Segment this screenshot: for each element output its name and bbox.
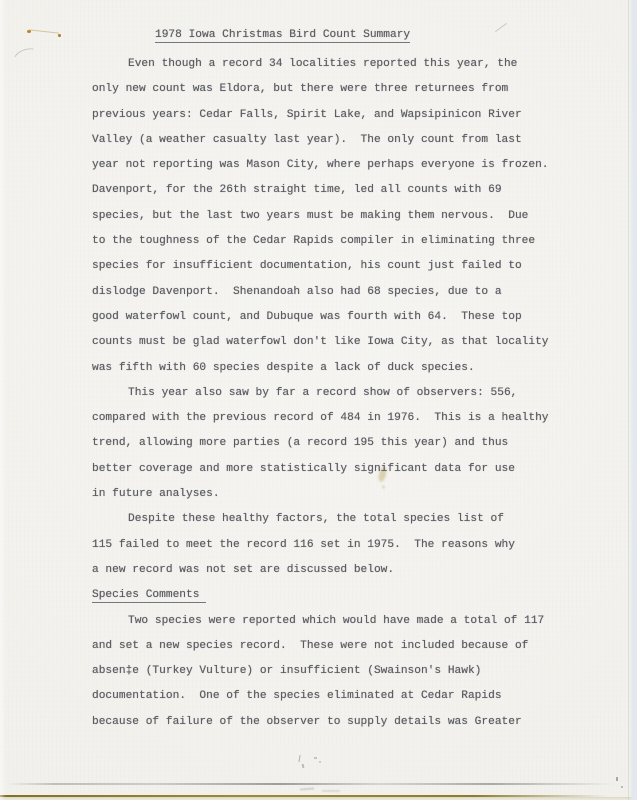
text-line: Despite these healthy factors, the total…	[92, 512, 572, 537]
text-line: trend, allowing more parties (a record 1…	[92, 436, 572, 461]
text-line: 115 failed to meet the record 116 set in…	[92, 538, 572, 563]
text-line: Valley (a weather casualty last year). T…	[92, 133, 572, 158]
text-line: Davenport, for the 26th straight time, l…	[92, 183, 572, 208]
text-line: to the toughness of the Cedar Rapids com…	[92, 234, 572, 259]
text-line: better coverage and more statistically s…	[92, 462, 572, 487]
text-line: good waterfowl count, and Dubuque was fo…	[92, 310, 572, 335]
rust-stain-dot	[27, 30, 31, 33]
left-scan-edge	[0, 0, 6, 800]
scanned-document-page: 1978 Iowa Christmas Bird Count Summary E…	[0, 0, 637, 800]
scan-crease-line	[6, 783, 628, 785]
text-line: Two species were reported which would ha…	[92, 614, 572, 639]
text-line: counts must be glad waterfowl don't like…	[92, 335, 572, 360]
document-title: 1978 Iowa Christmas Bird Count Summary	[155, 29, 410, 43]
rust-stain-line	[29, 29, 59, 33]
title-row: 1978 Iowa Christmas Bird Count Summary	[92, 28, 572, 57]
text-line: a new record was not set are discussed b…	[92, 563, 572, 588]
text-line: documentation. One of the species elimin…	[92, 689, 572, 714]
text-line: Even though a record 34 localities repor…	[92, 57, 572, 82]
pencil-mark	[11, 44, 43, 71]
right-scan-band	[629, 0, 637, 800]
pencil-mark	[300, 788, 314, 791]
text-line: was fifth with 60 species despite a lack…	[92, 361, 572, 386]
pencil-mark	[314, 757, 317, 759]
pencil-mark	[319, 761, 321, 763]
typewritten-text: 1978 Iowa Christmas Bird Count Summary E…	[92, 28, 572, 740]
rust-stain-dot	[58, 34, 61, 37]
text-line: This year also saw by far a record show …	[92, 386, 572, 411]
pencil-mark	[298, 755, 300, 762]
speck	[616, 777, 618, 781]
text-line: dislodge Davenport. Shenandoah also had …	[92, 285, 572, 310]
text-line: species, but the last two years must be …	[92, 209, 572, 234]
pencil-mark	[322, 790, 340, 792]
text-line: and set a new species record. These were…	[92, 639, 572, 664]
text-line: previous years: Cedar Falls, Spirit Lake…	[92, 108, 572, 133]
text-line: only new count was Eldora, but there wer…	[92, 82, 572, 107]
section-heading-species-comments: Species Comments	[92, 589, 206, 603]
text-line: because of failure of the observer to su…	[92, 715, 572, 740]
heading-row: Species Comments	[92, 588, 572, 613]
text-line: year not reporting was Mason City, where…	[92, 158, 572, 183]
text-line: species for insufficient documentation, …	[92, 259, 572, 284]
text-line: absen‡e (Turkey Vulture) or insufficient…	[92, 664, 572, 689]
pencil-mark	[302, 764, 305, 768]
text-line: in future analyses.	[92, 487, 572, 512]
speck	[621, 786, 623, 788]
text-line: compared with the previous record of 484…	[92, 411, 572, 436]
